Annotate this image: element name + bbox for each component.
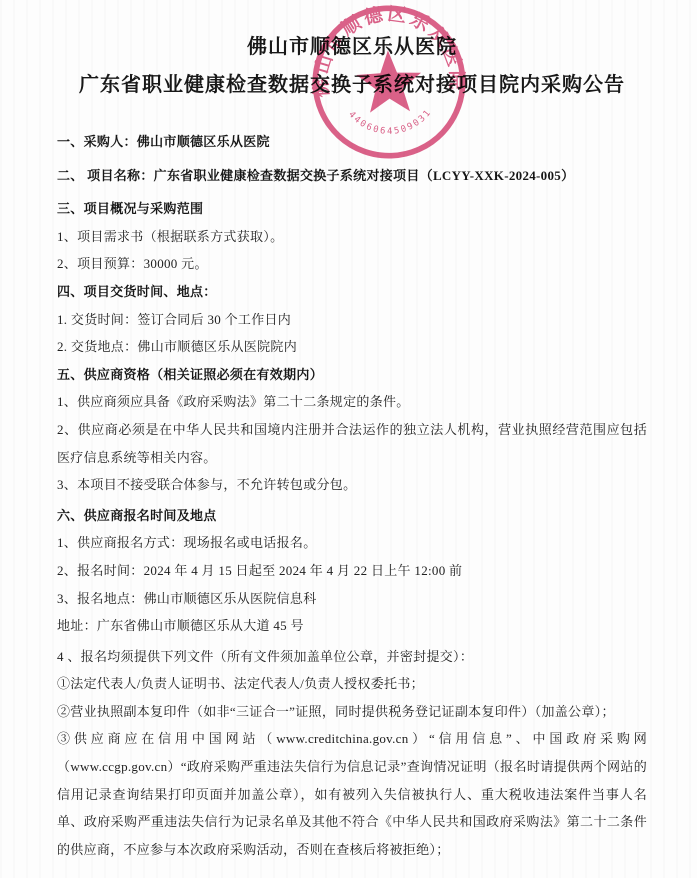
doc-title-line-1: 佛山市顺德区乐从医院 — [57, 28, 647, 66]
section-3-heading: 三、项目概况与采购范围 — [57, 195, 647, 223]
item-delivery-time: 1. 交货时间：签订合同后 30 个工作日内 — [57, 306, 647, 334]
item-doc-3: ③供应商应在信用中国网站（www.creditchina.gov.cn）“信用信… — [57, 725, 647, 863]
item-qualification-1: 1、供应商须应具备《政府采购法》第二十二条规定的条件。 — [57, 388, 647, 416]
section-6-heading: 六、供应商报名时间及地点 — [57, 502, 647, 530]
item-registration-address: 地址：广东省佛山市顺德区乐从大道 45 号 — [57, 612, 647, 640]
document-title-block: 佛山市顺德区乐从医院 广东省职业健康检查数据交换子系统对接项目院内采购公告 — [57, 28, 647, 104]
item-registration-time: 2、报名时间：2024 年 4 月 15 日起至 2024 年 4 月 22 日… — [57, 557, 647, 585]
section-5-heading: 五、供应商资格（相关证照必须在有效期内） — [57, 361, 647, 389]
section-1-purchaser: 一、采购人：佛山市顺德区乐从医院 — [57, 128, 647, 156]
item-registration-place: 3、报名地点：佛山市顺德区乐从医院信息科 — [57, 585, 647, 613]
item-qualification-3: 3、本项目不接受联合体参与，不允许转包或分包。 — [57, 471, 647, 499]
item-doc-2: ②营业执照副本复印件（如非“三证合一”证照，同时提供税务登记证副本复印件）（加盖… — [57, 698, 647, 726]
section-4-heading: 四、项目交货时间、地点： — [57, 278, 647, 306]
item-doc-1: ①法定代表人/负责人证明书、法定代表人/负责人授权委托书； — [57, 670, 647, 698]
item-required-documents: 4 、报名均须提供下列文件（所有文件须加盖单位公章，并密封提交）： — [57, 643, 647, 671]
item-requirement-doc: 1、项目需求书（根据联系方式获取）。 — [57, 223, 647, 251]
doc-title-line-2: 广东省职业健康检查数据交换子系统对接项目院内采购公告 — [57, 66, 647, 104]
item-qualification-2: 2、供应商必须是在中华人民共和国境内注册并合法运作的独立法人机构，营业执照经营范… — [57, 416, 647, 471]
item-budget: 2、项目预算：30000 元。 — [57, 250, 647, 278]
document-page: 佛山市顺德区乐从医院 4406064509031 佛山市顺德区乐从医院 广东省职… — [0, 0, 697, 878]
item-delivery-place: 2. 交货地点：佛山市顺德区乐从医院院内 — [57, 333, 647, 361]
item-registration-method: 1、供应商报名方式：现场报名或电话报名。 — [57, 529, 647, 557]
section-2-project-name: 二、 项目名称：广东省职业健康检查数据交换子系统对接项目（LCYY-XXK-20… — [57, 162, 647, 190]
document-body: 佛山市顺德区乐从医院 广东省职业健康检查数据交换子系统对接项目院内采购公告 一、… — [0, 0, 697, 863]
